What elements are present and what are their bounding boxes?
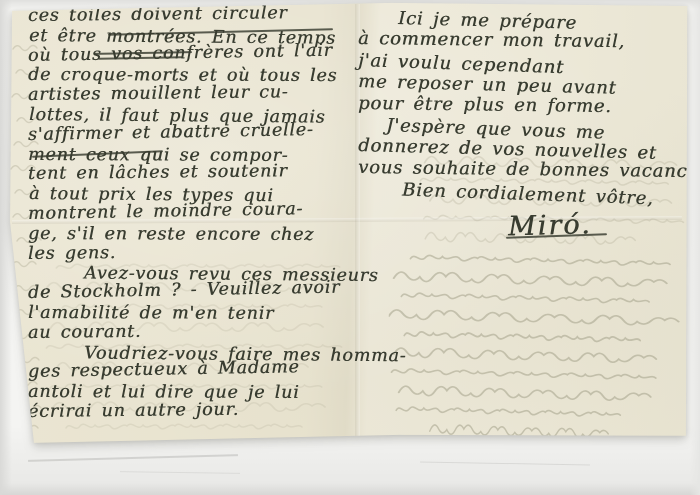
letter-paper: ces toiles doivent circuler et être mont… [8,2,690,446]
bleed-through-ink [385,244,690,450]
letter-line: les gens. [28,241,366,264]
letter-line: écrirai un autre jour. [28,399,366,422]
backdrop-wrinkle [120,471,240,474]
letter-line: de Stockholm ? - Veuillez avoir [28,278,366,304]
letter-line: s'affirmer et abattre cruelle- [28,120,366,146]
photo-backdrop: ces toiles doivent circuler et être mont… [0,0,700,495]
backdrop-wrinkle [28,454,238,461]
letter-page-right: Ici je me prépare à commencer mon travai… [358,7,690,240]
letter-line: pour être plus en forme. [358,93,690,118]
letter-line: ges respectueux à Madame [28,357,366,383]
letter-line: tent en lâches et soutenir [28,162,366,185]
letter-line: où tous vos confrères ont l'air [28,41,366,67]
letter-sheet: ces toiles doivent circuler et être mont… [8,2,690,446]
backdrop-wrinkle [420,462,590,466]
letter-line: vous souhaite de bonnes vacances, [358,157,690,182]
letter-line: Bien cordialement vôtre, [358,178,691,211]
letter-page-left: ces toiles doivent circuler et être mont… [28,7,366,423]
letter-line: montrent le moindre coura- [28,199,366,225]
letter-line: à commencer mon travail, [358,28,690,53]
letter-line: ces toiles doivent circuler [28,3,366,26]
letter-line: au courant. [28,320,366,343]
letter-line: artistes mouillent leur cu- [28,83,366,106]
